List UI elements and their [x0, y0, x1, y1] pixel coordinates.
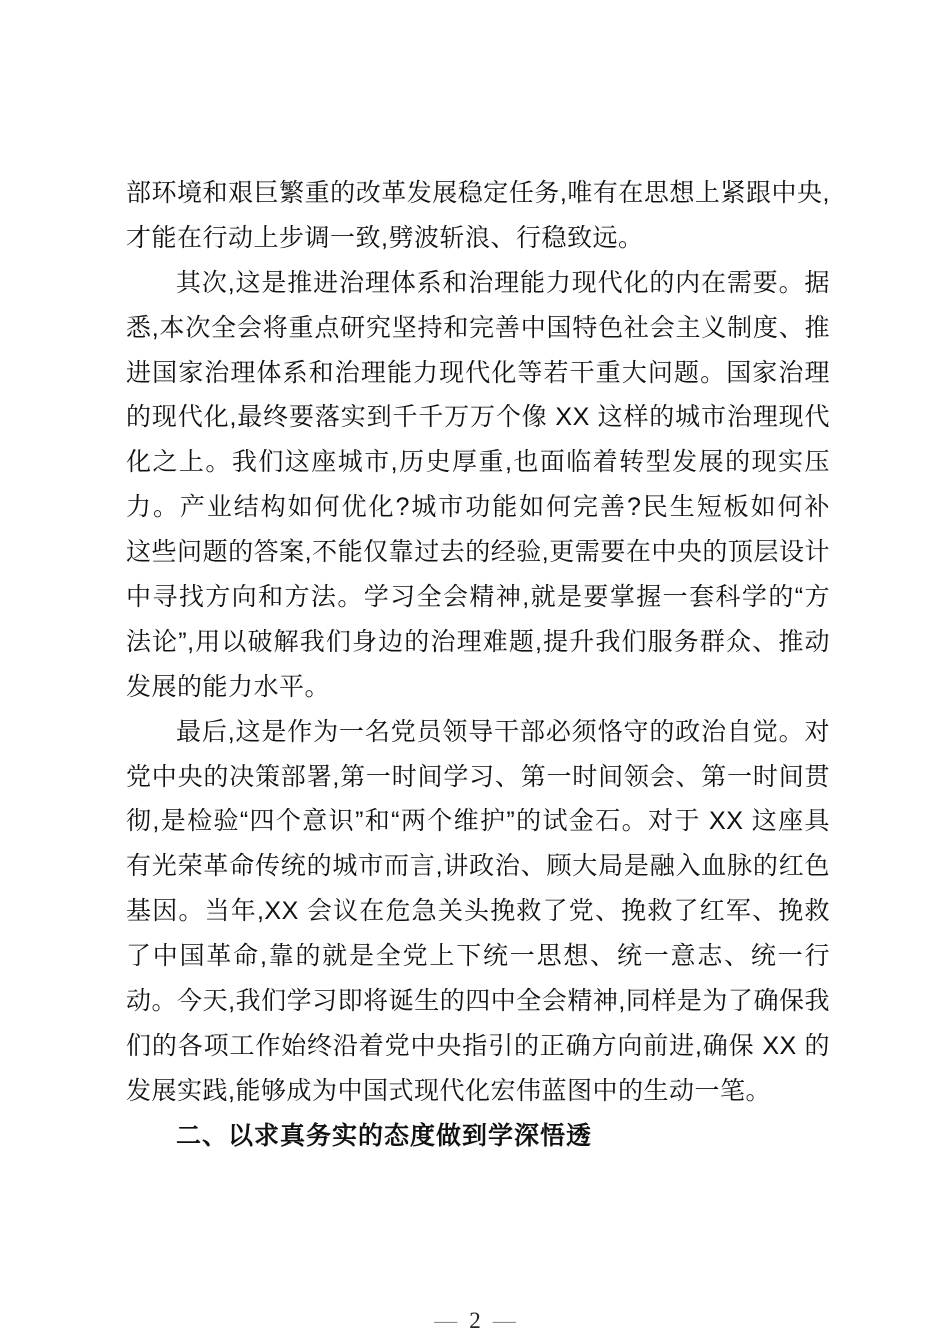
- text-line: 发展实践,能够成为中国式现代化宏伟蓝图中的生动一笔。: [126, 1069, 830, 1114]
- text-line: 党中央的决策部署,第一时间学习、第一时间领会、第一时间贯: [126, 755, 830, 800]
- text-line: 彻,是检验“四个意识”和“两个维护”的试金石。对于 XX 这座具: [126, 799, 830, 844]
- heading-line: 二、以求真务实的态度做到学深悟透: [126, 1114, 830, 1159]
- page-number: 2: [469, 1308, 481, 1334]
- text-line: 基因。当年,XX 会议在危急关头挽救了党、挽救了红军、挽救: [126, 889, 830, 934]
- text-line: 的现代化,最终要落实到千千万万个像 XX 这样的城市治理现代: [126, 395, 830, 440]
- paragraph: 部环境和艰巨繁重的改革发展稳定任务,唯有在思想上紧跟中央,才能在行动上步调一致,…: [126, 171, 830, 261]
- text-line: 其次,这是推进治理体系和治理能力现代化的内在需要。据: [126, 261, 830, 306]
- section-heading: 二、以求真务实的态度做到学深悟透: [126, 1114, 830, 1159]
- document-page: 部环境和艰巨繁重的改革发展稳定任务,唯有在思想上紧跟中央,才能在行动上步调一致,…: [0, 0, 950, 1344]
- text-line: 进国家治理体系和治理能力现代化等若干重大问题。国家治理: [126, 351, 830, 396]
- text-line: 悉,本次全会将重点研究坚持和完善中国特色社会主义制度、推: [126, 306, 830, 351]
- footer-dash-right: —: [493, 1308, 516, 1334]
- text-line: 部环境和艰巨繁重的改革发展稳定任务,唯有在思想上紧跟中央,: [126, 171, 830, 216]
- document-body: 部环境和艰巨繁重的改革发展稳定任务,唯有在思想上紧跟中央,才能在行动上步调一致,…: [126, 171, 830, 1159]
- text-line: 化之上。我们这座城市,历史厚重,也面临着转型发展的现实压: [126, 440, 830, 485]
- paragraph: 其次,这是推进治理体系和治理能力现代化的内在需要。据悉,本次全会将重点研究坚持和…: [126, 261, 830, 710]
- text-line: 动。今天,我们学习即将诞生的四中全会精神,同样是为了确保我: [126, 979, 830, 1024]
- text-line: 发展的能力水平。: [126, 665, 830, 710]
- text-line: 才能在行动上步调一致,劈波斩浪、行稳致远。: [126, 216, 830, 261]
- text-line: 们的各项工作始终沿着党中央指引的正确方向前进,确保 XX 的: [126, 1024, 830, 1069]
- text-line: 法论”,用以破解我们身边的治理难题,提升我们服务群众、推动: [126, 620, 830, 665]
- paragraph: 最后,这是作为一名党员领导干部必须恪守的政治自觉。对党中央的决策部署,第一时间学…: [126, 710, 830, 1114]
- text-line: 了中国革命,靠的就是全党上下统一思想、统一意志、统一行: [126, 934, 830, 979]
- text-line: 这些问题的答案,不能仅靠过去的经验,更需要在中央的顶层设计: [126, 530, 830, 575]
- page-footer: — 2 —: [0, 1308, 950, 1334]
- text-line: 中寻找方向和方法。学习全会精神,就是要掌握一套科学的“方: [126, 575, 830, 620]
- text-line: 最后,这是作为一名党员领导干部必须恪守的政治自觉。对: [126, 710, 830, 755]
- text-line: 力。产业结构如何优化?城市功能如何完善?民生短板如何补齐?: [126, 485, 830, 530]
- footer-dash-left: —: [434, 1308, 457, 1334]
- text-line: 有光荣革命传统的城市而言,讲政治、顾大局是融入血脉的红色: [126, 844, 830, 889]
